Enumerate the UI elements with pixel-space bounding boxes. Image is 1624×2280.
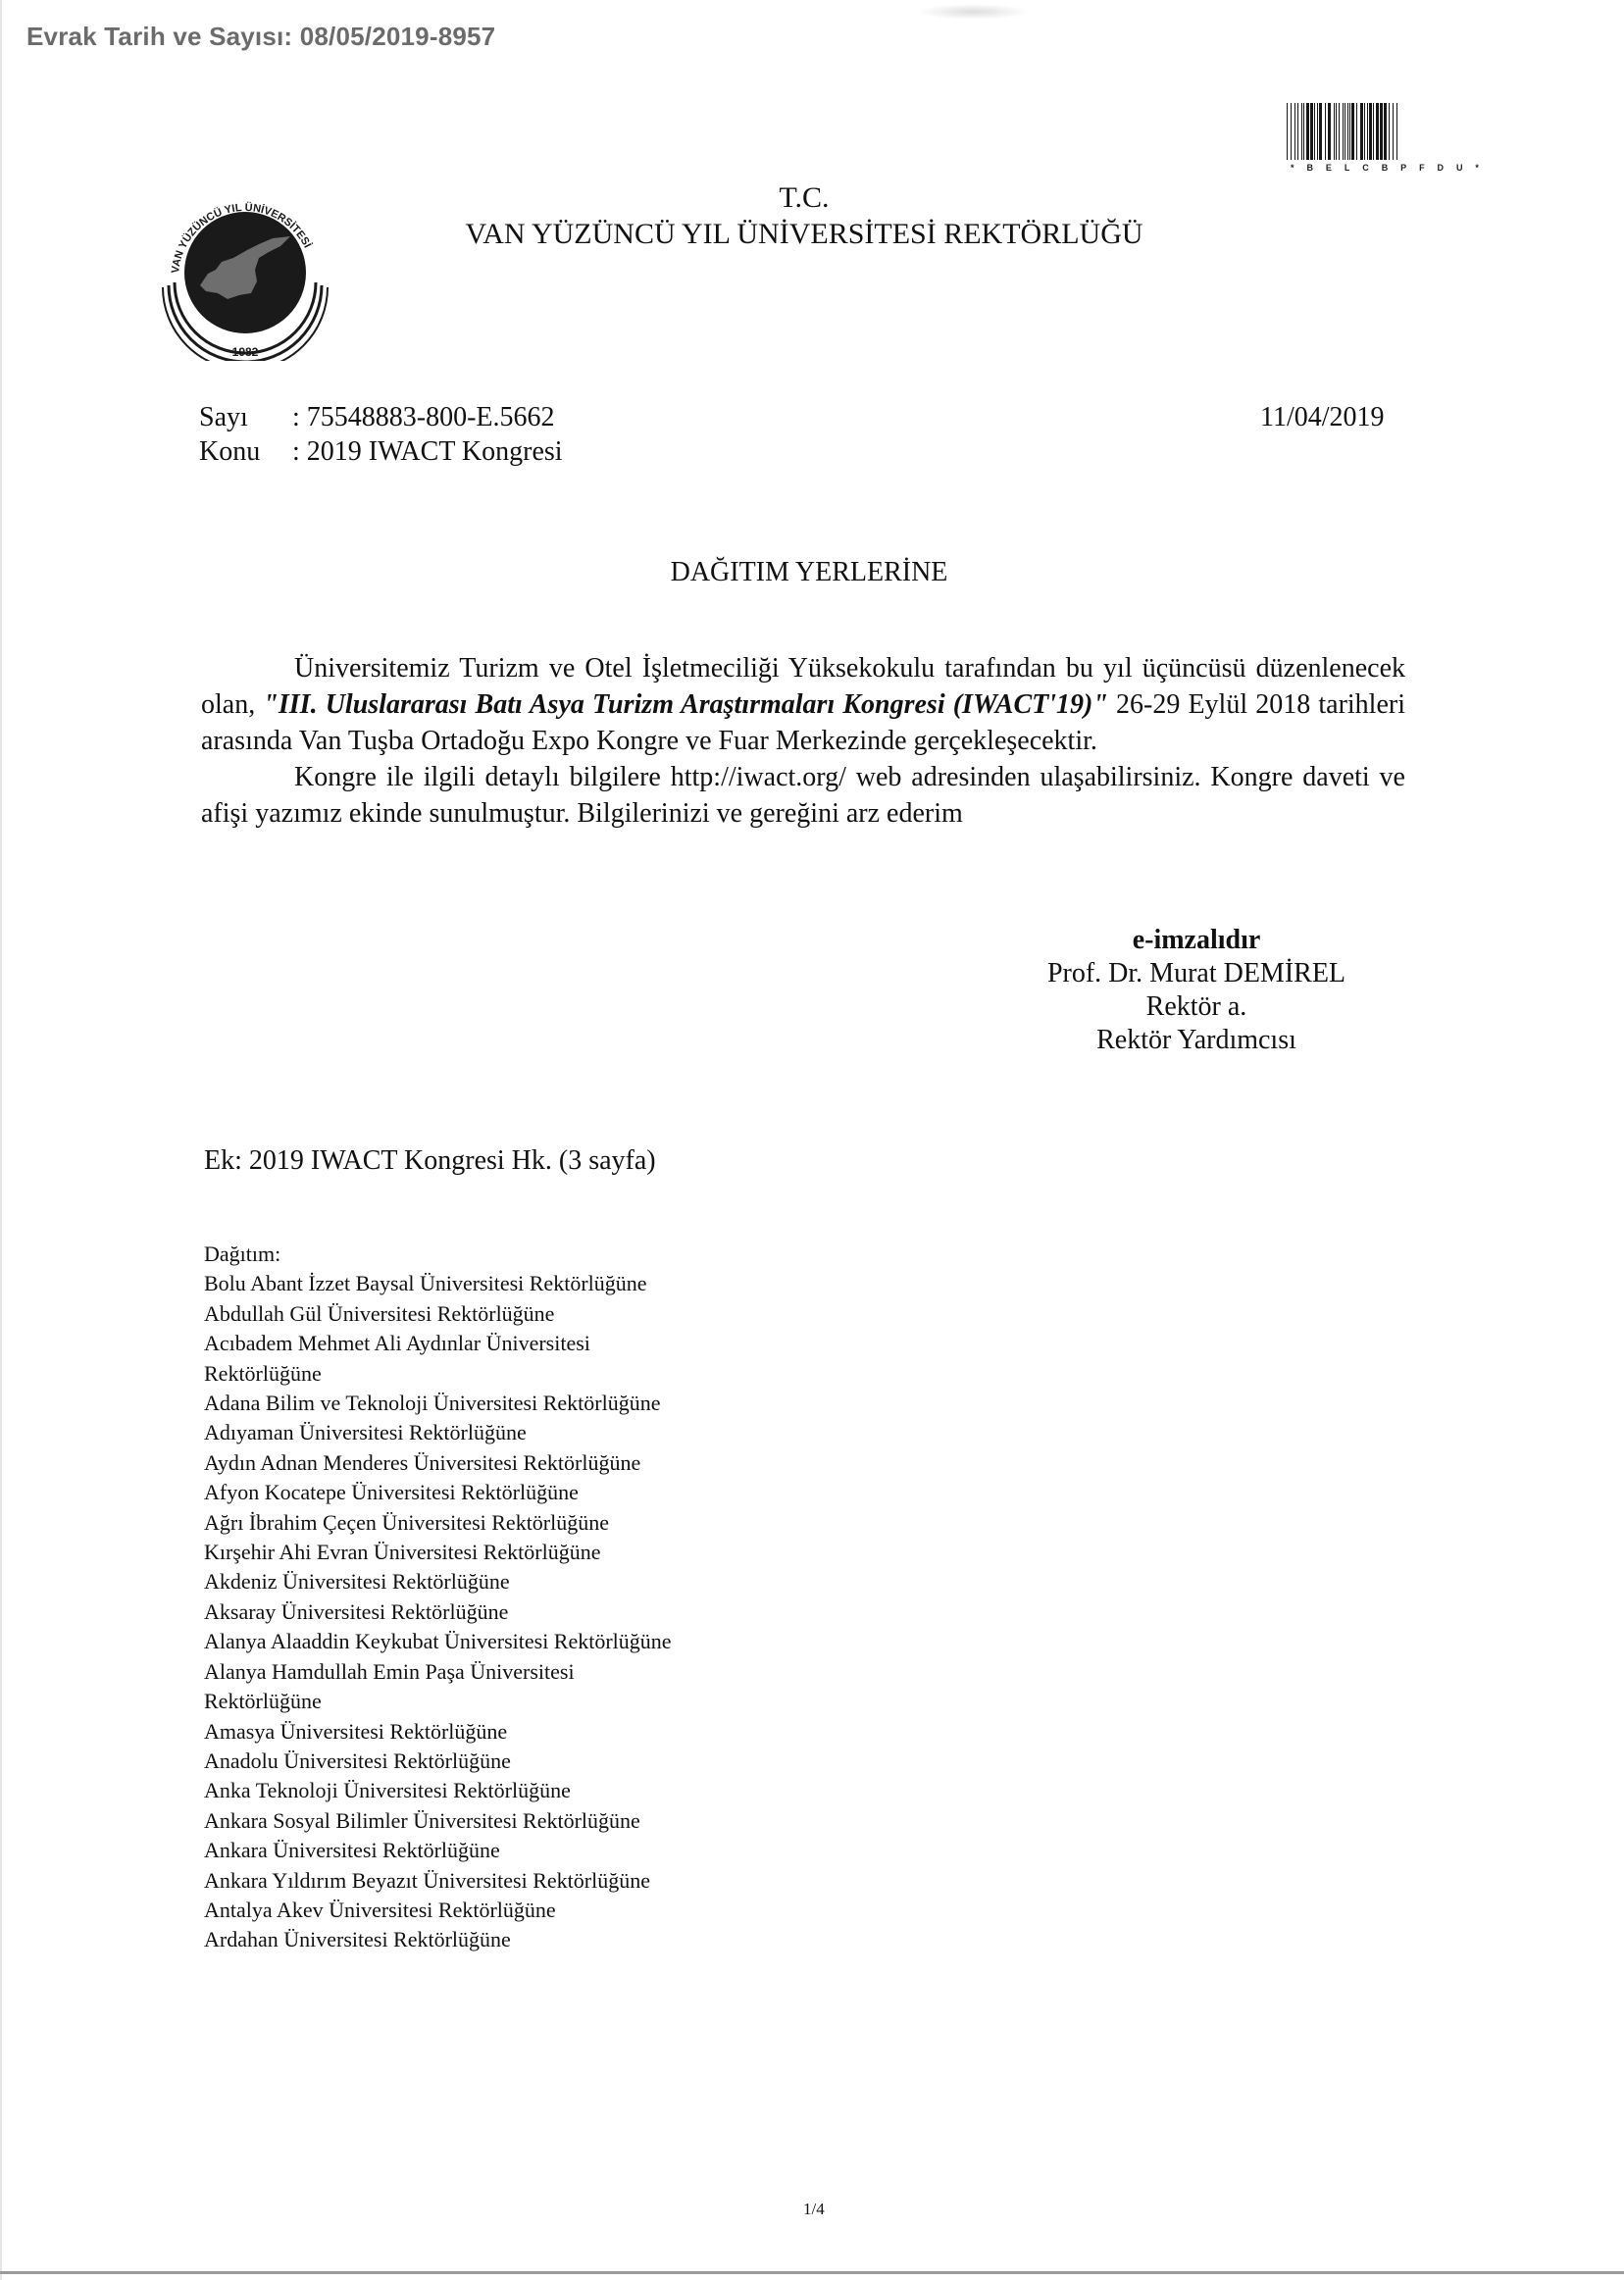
document-date: 11/04/2019 bbox=[1260, 402, 1385, 433]
distribution-item: Aydın Adnan Menderes Üniversitesi Rektör… bbox=[204, 1448, 812, 1478]
distribution-item: Bolu Abant İzzet Baysal Üniversitesi Rek… bbox=[204, 1269, 812, 1298]
distribution-item: Acıbadem Mehmet Ali Aydınlar Üniversites… bbox=[204, 1329, 812, 1358]
header-university: VAN YÜZÜNCÜ YIL ÜNİVERSİTESİ REKTÖRLÜĞÜ bbox=[333, 218, 1275, 251]
barcode-char: E bbox=[1326, 163, 1332, 173]
university-seal-icon: VAN YÜZÜNCÜ YIL ÜNİVERSİTESİ 1982 bbox=[157, 179, 333, 361]
distribution-item: Anadolu Üniversitesi Rektörlüğüne bbox=[204, 1747, 812, 1776]
header-tc: T.C. bbox=[333, 181, 1275, 215]
sayi-value: : 75548883-800-E.5662 bbox=[292, 402, 555, 432]
barcode-char: U bbox=[1456, 163, 1463, 173]
distribution-item: Ankara Yıldırım Beyazıt Üniversitesi Rek… bbox=[204, 1866, 812, 1896]
sayi-label: Sayı bbox=[199, 402, 292, 433]
subject: Konu: 2019 IWACT Kongresi bbox=[199, 436, 563, 468]
barcode-char: P bbox=[1400, 163, 1406, 173]
scan-artifact bbox=[917, 4, 1030, 20]
page-bottom-edge bbox=[0, 2271, 1624, 2274]
distribution-item: Antalya Akev Üniversitesi Rektörlüğüne bbox=[204, 1896, 812, 1925]
barcode-char: * bbox=[1291, 163, 1294, 173]
distribution-item: Afyon Kocatepe Üniversitesi Rektörlüğüne bbox=[204, 1478, 812, 1507]
barcode: *BELCBPFDU* bbox=[1287, 103, 1483, 173]
konu-label: Konu bbox=[199, 436, 292, 468]
konu-value: : 2019 IWACT Kongresi bbox=[292, 436, 563, 467]
reference-number: Sayı: 75548883-800-E.5662 bbox=[199, 402, 555, 433]
distribution-item: Abdullah Gül Üniversitesi Rektörlüğüne bbox=[204, 1299, 812, 1329]
distribution-item: Adana Bilim ve Teknoloji Üniversitesi Re… bbox=[204, 1389, 812, 1418]
distribution-item: Akdeniz Üniversitesi Rektörlüğüne bbox=[204, 1567, 812, 1596]
signer-title-2: Rektör Yardımcısı bbox=[990, 1024, 1402, 1057]
signer-name: Prof. Dr. Murat DEMİREL bbox=[990, 957, 1402, 990]
barcode-char: B bbox=[1306, 163, 1313, 173]
distribution-item: Rektörlüğüne bbox=[204, 1359, 812, 1389]
distribution-item: Alanya Alaaddin Keykubat Üniversitesi Re… bbox=[204, 1627, 812, 1656]
addressee: DAĞITIM YERLERİNE bbox=[588, 557, 1030, 588]
distribution-item: Ardahan Üniversitesi Rektörlüğüne bbox=[204, 1925, 812, 1954]
page-edge bbox=[0, 0, 2, 2280]
distribution-item: Aksaray Üniversitesi Rektörlüğüne bbox=[204, 1597, 812, 1627]
barcode-char: C bbox=[1362, 163, 1369, 173]
signature-block: e-imzalıdır Prof. Dr. Murat DEMİREL Rekt… bbox=[990, 924, 1402, 1057]
paragraph-1: Üniversitemiz Turizm ve Otel İşletmecili… bbox=[201, 650, 1405, 759]
letter-body: Üniversitemiz Turizm ve Otel İşletmecili… bbox=[201, 650, 1405, 832]
barcode-char: * bbox=[1475, 163, 1479, 173]
distribution-item: Alanya Hamdullah Emin Paşa Üniversitesi bbox=[204, 1657, 812, 1687]
distribution-heading: Dağıtım: bbox=[204, 1240, 812, 1269]
barcode-text: *BELCBPFDU* bbox=[1287, 163, 1483, 173]
attachment-note: Ek: 2019 IWACT Kongresi Hk. (3 sayfa) bbox=[204, 1145, 656, 1177]
barcode-char: L bbox=[1345, 163, 1350, 173]
e-signature-note: e-imzalıdır bbox=[990, 924, 1402, 957]
distribution-item: Ağrı İbrahim Çeçen Üniversitesi Rektörlü… bbox=[204, 1508, 812, 1538]
distribution-list: Dağıtım: Bolu Abant İzzet Baysal Ünivers… bbox=[204, 1240, 812, 1955]
distribution-item: Amasya Üniversitesi Rektörlüğüne bbox=[204, 1717, 812, 1747]
signer-title-1: Rektör a. bbox=[990, 990, 1402, 1024]
congress-name: "III. Uluslararası Batı Asya Turizm Araş… bbox=[263, 689, 1108, 720]
page-number: 1/4 bbox=[803, 2200, 825, 2219]
barcode-char: D bbox=[1438, 163, 1445, 173]
barcode-icon bbox=[1287, 103, 1483, 160]
distribution-item: Kırşehir Ahi Evran Üniversitesi Rektörlü… bbox=[204, 1538, 812, 1567]
distribution-item: Rektörlüğüne bbox=[204, 1687, 812, 1716]
distribution-item: Anka Teknoloji Üniversitesi Rektörlüğüne bbox=[204, 1776, 812, 1805]
congress-website-link[interactable]: http://iwact.org/ bbox=[671, 762, 846, 792]
distribution-item: Ankara Sosyal Bilimler Üniversitesi Rekt… bbox=[204, 1806, 812, 1836]
barcode-char: F bbox=[1419, 163, 1425, 173]
distribution-item: Ankara Üniversitesi Rektörlüğüne bbox=[204, 1836, 812, 1865]
svg-text:1982: 1982 bbox=[232, 345, 259, 359]
paragraph-2: Kongre ile ilgili detaylı bilgilere http… bbox=[201, 759, 1405, 832]
barcode-char: B bbox=[1382, 163, 1389, 173]
distribution-item: Adıyaman Üniversitesi Rektörlüğüne bbox=[204, 1418, 812, 1447]
document-date-number-stamp: Evrak Tarih ve Sayısı: 08/05/2019-8957 bbox=[26, 22, 495, 52]
